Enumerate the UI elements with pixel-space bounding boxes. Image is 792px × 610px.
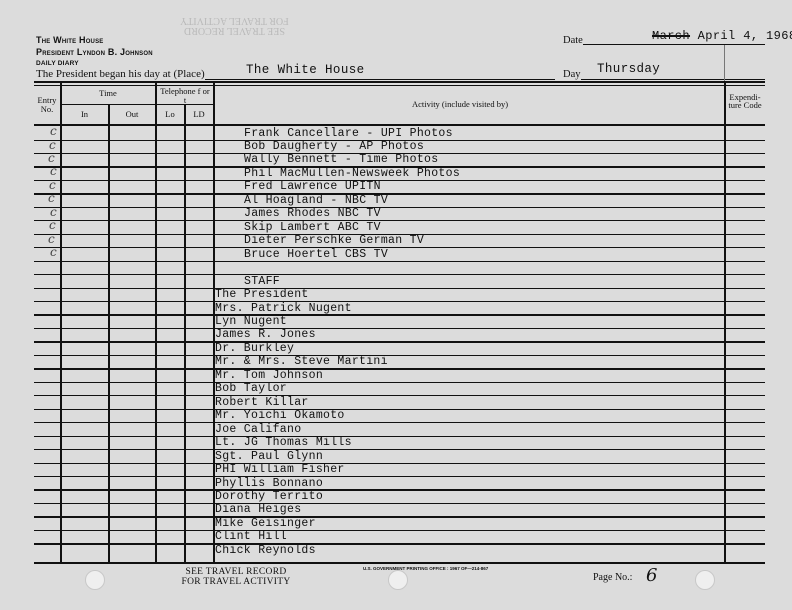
row-rule bbox=[34, 476, 765, 477]
entry-mark: c bbox=[48, 232, 55, 246]
row-rule bbox=[34, 449, 765, 450]
gpo-imprint: U.S. GOVERNMENT PRINTING OFFICE : 1967 O… bbox=[363, 566, 488, 571]
staff-row: Clint Hill bbox=[215, 530, 287, 543]
row-rule bbox=[34, 328, 765, 329]
staff-row: PHI William Fisher bbox=[215, 463, 345, 476]
row-rule bbox=[34, 355, 765, 356]
activity-text: Al Hoagland - NBC TV bbox=[244, 194, 388, 207]
activity-text: Bob Daugherty - AP Photos bbox=[244, 140, 424, 153]
began-label: The President began his day at (Place) bbox=[36, 68, 205, 80]
staff-row: Joe Califano bbox=[215, 423, 301, 436]
punch-hole-left bbox=[85, 570, 105, 590]
row-rule bbox=[34, 395, 765, 396]
staff-row: Chick Reynolds bbox=[215, 544, 316, 557]
row-rule bbox=[34, 463, 765, 464]
entry-mark: c bbox=[50, 245, 57, 259]
staff-row: The President bbox=[215, 288, 309, 301]
table-bottom-rule bbox=[34, 562, 765, 564]
row-rule bbox=[34, 274, 765, 275]
activity-text: Bruce Hoertel CBS TV bbox=[244, 248, 388, 261]
org-name: The White House bbox=[36, 35, 104, 45]
entry-mark: c bbox=[49, 178, 56, 192]
col-ld: LD bbox=[185, 110, 213, 119]
staff-row: Robert Killar bbox=[215, 396, 309, 409]
activity-text: James Rhodes NBC TV bbox=[244, 207, 381, 220]
entry-mark: c bbox=[48, 151, 55, 165]
date-struck: March bbox=[652, 29, 690, 43]
staff-row: Dr. Burkley bbox=[215, 342, 294, 355]
staff-row: Lt. JG Thomas Mills bbox=[215, 436, 352, 449]
staff-row: Dorothy Territo bbox=[215, 490, 323, 503]
table-top-rule-2 bbox=[34, 85, 765, 86]
row-rule bbox=[34, 180, 765, 181]
page-label: Page No.: bbox=[593, 572, 632, 583]
staff-row: Mr. Yoichi Okamoto bbox=[215, 409, 345, 422]
date-label: Date bbox=[563, 35, 583, 46]
row-rule bbox=[34, 207, 765, 208]
travel-note-2: FOR TRAVEL ACTIVITY bbox=[176, 577, 296, 587]
staff-row: James R. Jones bbox=[215, 328, 316, 341]
col-telephone: Telephone f or t bbox=[160, 87, 210, 105]
diary-page: FOR TRAVEL ACTIVITY SEE TRAVEL RECORD Th… bbox=[0, 0, 792, 610]
activity-text: Phil MacMullen-Newsweek Photos bbox=[244, 167, 460, 180]
row-rule bbox=[34, 341, 765, 342]
date-text: April 4, 1968 bbox=[698, 29, 792, 43]
staff-heading: STAFF bbox=[244, 275, 280, 288]
place-value: The White House bbox=[246, 63, 365, 77]
row-rule bbox=[34, 193, 765, 194]
staff-row: Bob Taylor bbox=[215, 382, 287, 395]
row-rule bbox=[34, 503, 765, 504]
staff-row: Mrs. Patrick Nugent bbox=[215, 302, 352, 315]
activity-text: Dieter Perschke German TV bbox=[244, 234, 424, 247]
punch-hole-right bbox=[695, 570, 715, 590]
activity-text: Wally Bennett - Time Photos bbox=[244, 153, 438, 166]
row-rule bbox=[34, 516, 765, 517]
row-rule bbox=[34, 220, 765, 221]
staff-row: Mr. Tom Johnson bbox=[215, 369, 323, 382]
row-rule bbox=[34, 409, 765, 410]
doc-type: Daily Diary bbox=[36, 60, 79, 67]
day-underline bbox=[581, 79, 765, 80]
punch-hole-center bbox=[388, 570, 408, 590]
row-rule bbox=[34, 301, 765, 302]
header-divider bbox=[724, 45, 725, 83]
row-rule bbox=[34, 368, 765, 369]
col-time: Time bbox=[61, 89, 155, 98]
activity-text: Skip Lambert ABC TV bbox=[244, 221, 381, 234]
col-activity: Activity (include visited by) bbox=[380, 100, 540, 109]
staff-row: Mike Geisinger bbox=[215, 517, 316, 530]
row-rule bbox=[34, 422, 765, 423]
staff-row: Phyllis Bonnano bbox=[215, 477, 323, 490]
row-rule bbox=[34, 543, 765, 544]
entry-mark: c bbox=[49, 218, 56, 232]
col-out: Out bbox=[109, 110, 155, 119]
entry-mark: c bbox=[50, 164, 57, 178]
entry-mark: c bbox=[50, 205, 57, 219]
table-top-rule bbox=[34, 81, 765, 83]
staff-row: Sgt. Paul Glynn bbox=[215, 450, 323, 463]
col-line-in-out bbox=[108, 104, 110, 563]
entry-mark: c bbox=[49, 138, 56, 152]
col-lo: Lo bbox=[156, 110, 184, 119]
col-line-expend bbox=[724, 83, 726, 563]
entry-mark: c bbox=[50, 124, 57, 138]
row-rule bbox=[34, 247, 765, 248]
row-rule bbox=[34, 489, 765, 490]
activity-text: Fred Lawrence UPITN bbox=[244, 180, 381, 193]
staff-row: Diana Heiges bbox=[215, 503, 301, 516]
date-value: March April 4, 1968 bbox=[652, 29, 792, 43]
col-line-lo-ld bbox=[184, 104, 186, 563]
col-line-entry bbox=[60, 83, 62, 563]
bleed-through-top-2: SEE TRAVEL RECORD bbox=[184, 25, 285, 36]
place-underline bbox=[205, 79, 555, 80]
travel-note-1: SEE TRAVEL RECORD bbox=[176, 567, 296, 577]
day-label: Day bbox=[563, 69, 581, 80]
col-entry: Entry No. bbox=[34, 96, 60, 114]
row-rule bbox=[34, 436, 765, 437]
staff-row: Mr. & Mrs. Steve Martini bbox=[215, 355, 388, 368]
row-rule bbox=[34, 288, 765, 289]
row-rule bbox=[34, 530, 765, 531]
col-in: In bbox=[61, 110, 108, 119]
row-rule bbox=[34, 382, 765, 383]
row-rule bbox=[34, 261, 765, 262]
col-line-time bbox=[155, 83, 157, 563]
entry-mark: c bbox=[48, 191, 55, 205]
president-name: President Lyndon B. Johnson bbox=[36, 47, 153, 57]
row-rule bbox=[34, 314, 765, 315]
activity-text: Frank Cancellare - UPI Photos bbox=[244, 127, 453, 140]
col-expenditure: Expendi- ture Code bbox=[726, 93, 764, 109]
day-value: Thursday bbox=[597, 62, 660, 76]
bleed-through-top-1: FOR TRAVEL ACTIVITY bbox=[180, 15, 289, 26]
page-number: 6 bbox=[646, 565, 657, 586]
staff-row: Lyn Nugent bbox=[215, 315, 287, 328]
date-underline bbox=[583, 44, 765, 45]
